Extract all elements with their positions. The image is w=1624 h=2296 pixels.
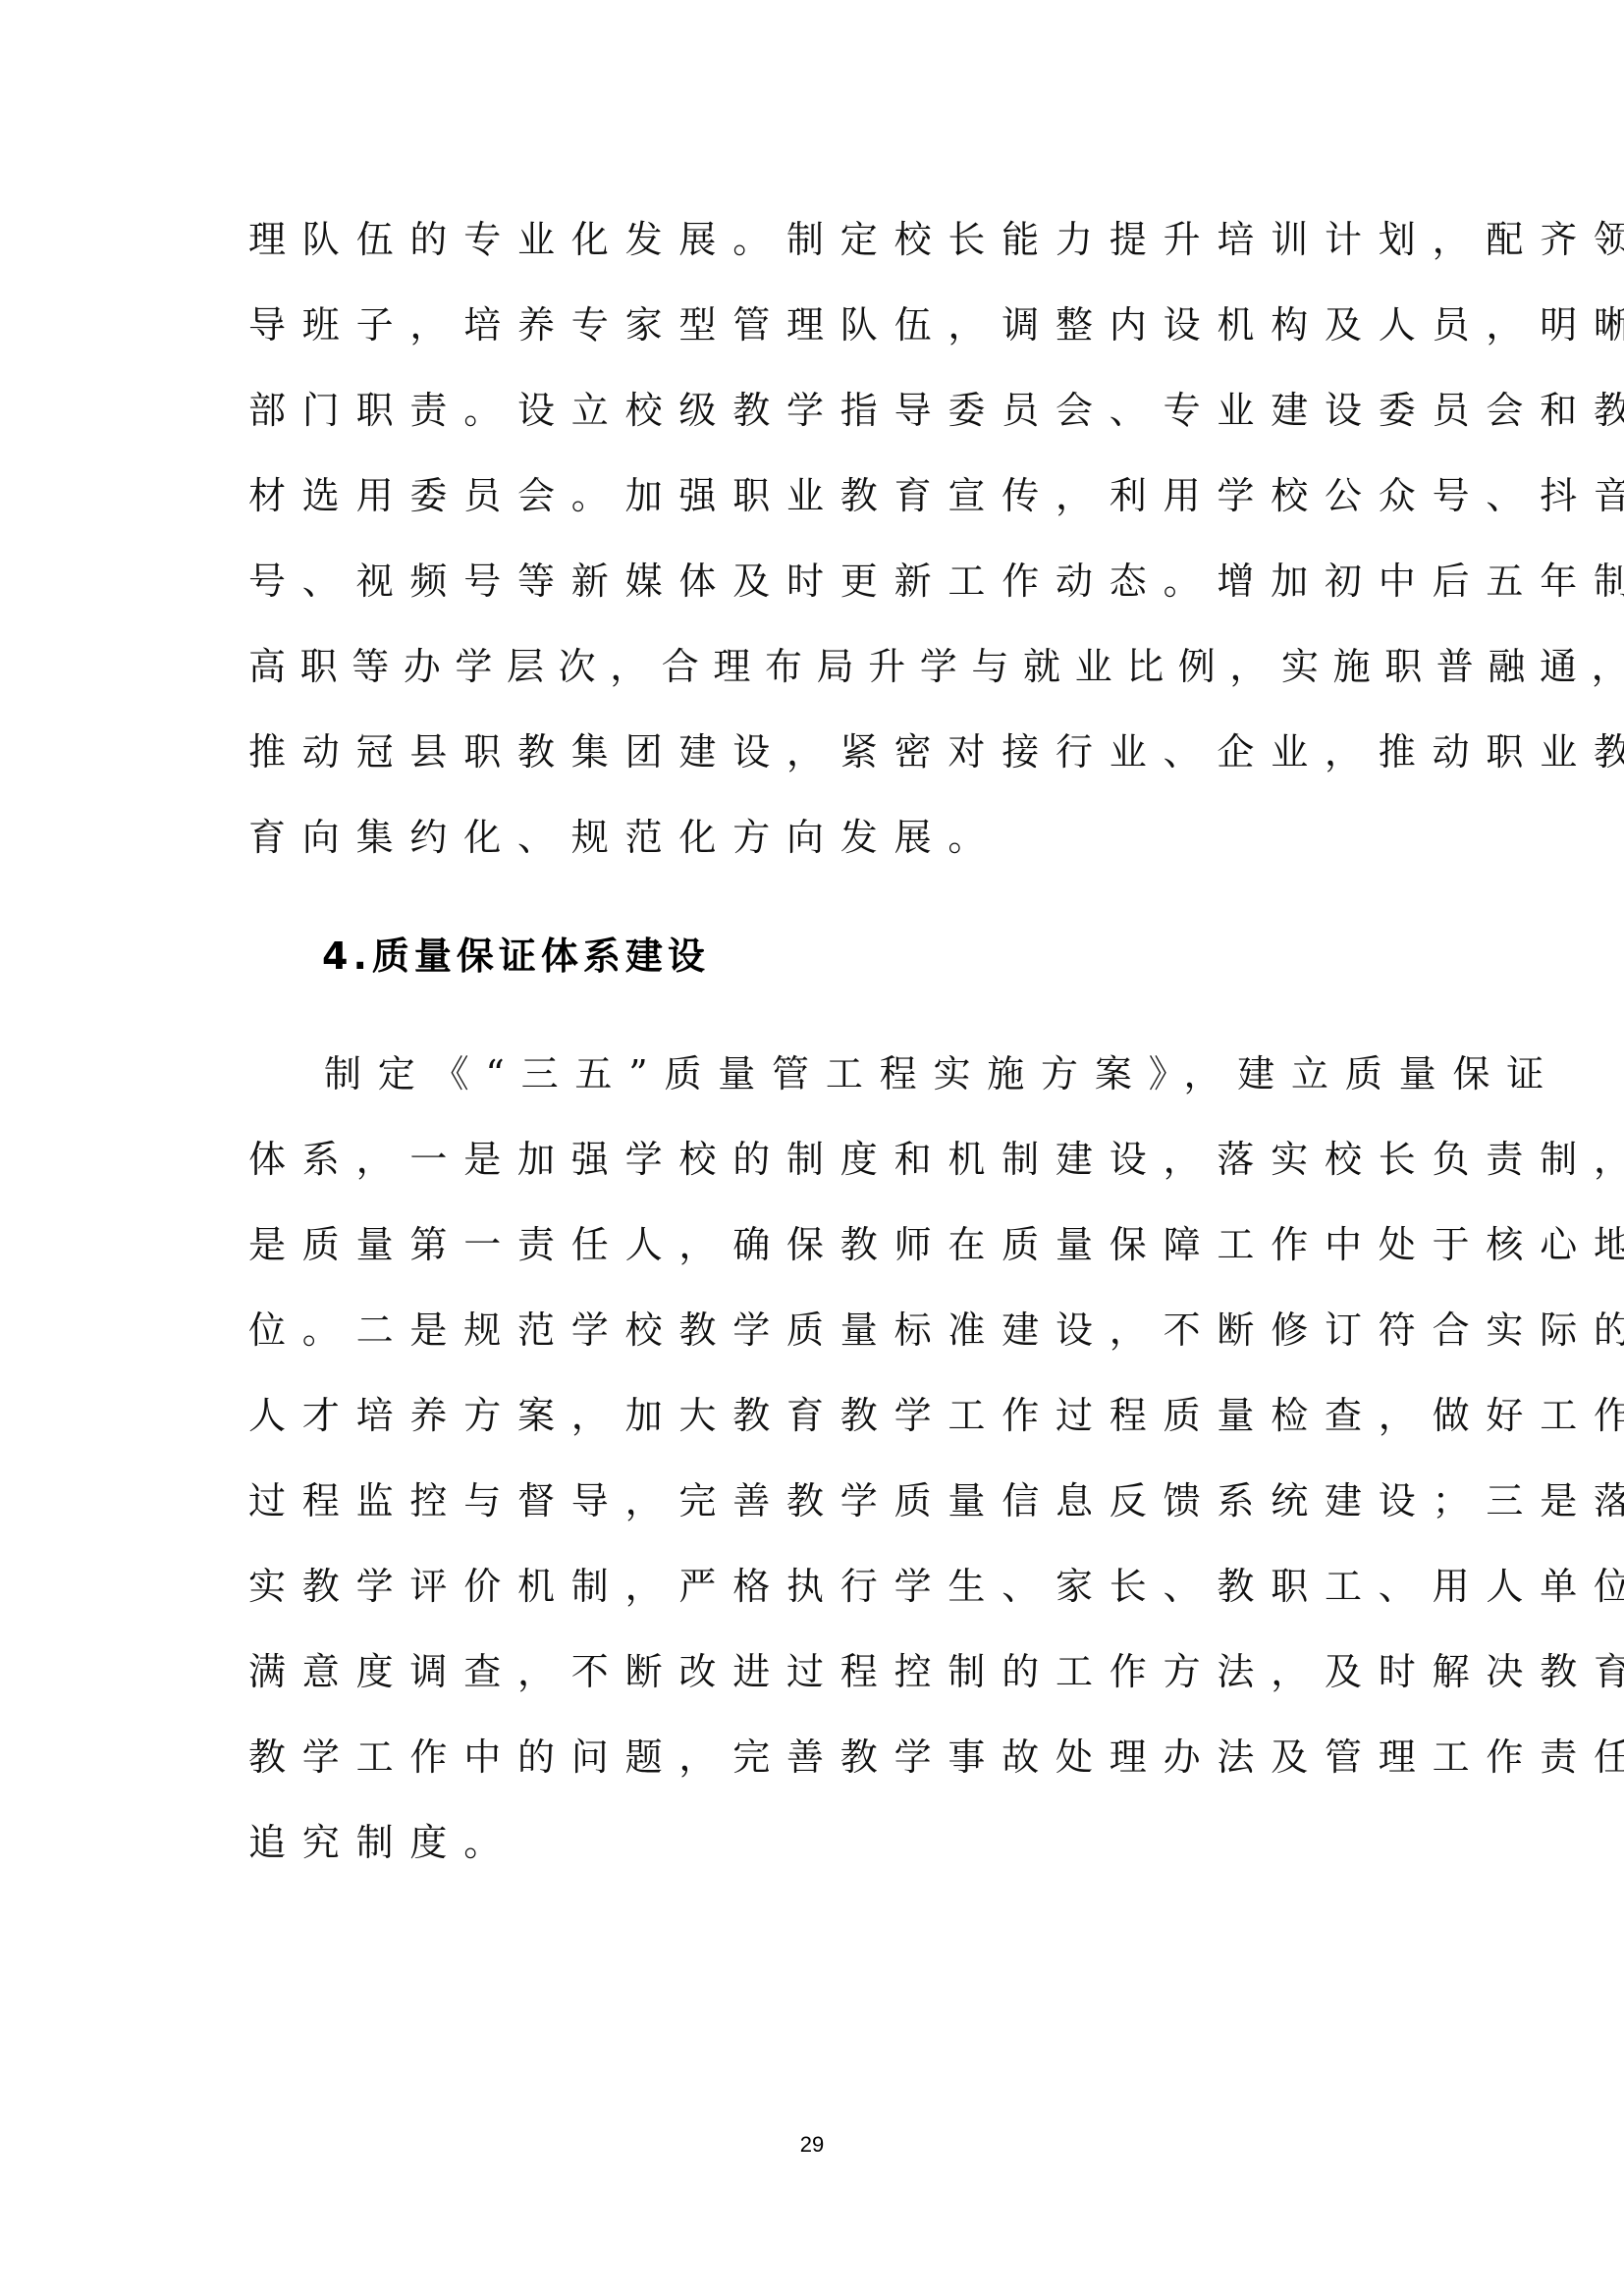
paragraph-line: 过程监控与督导，完善教学质量信息反馈系统建设；三是落: [248, 1479, 1387, 1522]
paragraph-line: 高职等办学层次，合理布局升学与就业比例，实施职普融通，: [248, 645, 1387, 688]
section-heading: 4.质量保证体系建设: [322, 933, 710, 980]
paragraph-line: 是质量第一责任人，确保教师在质量保障工作中处于核心地: [248, 1223, 1387, 1266]
paragraph-line: 教学工作中的问题，完善教学事故处理办法及管理工作责任: [248, 1735, 1387, 1779]
paragraph-line: 号、视频号等新媒体及时更新工作动态。增加初中后五年制: [248, 560, 1387, 603]
paragraph-line: 满意度调查，不断改进过程控制的工作方法，及时解决教育: [248, 1650, 1387, 1693]
paragraph-line: 位。二是规范学校教学质量标准建设，不断修订符合实际的: [248, 1308, 1387, 1352]
paragraph-line: 推动冠县职教集团建设，紧密对接行业、企业，推动职业教: [248, 730, 1387, 774]
paragraph-line: 体系，一是加强学校的制度和机制建设，落实校长负责制，: [248, 1138, 1387, 1181]
paragraph-line: 制定《“三五”质量管工程实施方案》，建立质量保证: [324, 1052, 1463, 1095]
paragraph-line: 部门职责。设立校级教学指导委员会、专业建设委员会和教: [248, 389, 1387, 432]
paragraph-line: 理队伍的专业化发展。制定校长能力提升培训计划，配齐领: [248, 218, 1387, 261]
page-number: 29: [0, 2132, 1624, 2158]
paragraph-line: 育向集约化、规范化方向发展。: [248, 816, 1387, 859]
paragraph-line: 导班子，培养专家型管理队伍，调整内设机构及人员，明晰: [248, 303, 1387, 347]
paragraph-line: 人才培养方案，加大教育教学工作过程质量检查，做好工作: [248, 1394, 1387, 1437]
paragraph-line: 实教学评价机制，严格执行学生、家长、教职工、用人单位: [248, 1565, 1387, 1608]
document-page: 理队伍的专业化发展。制定校长能力提升培训计划，配齐领 导班子，培养专家型管理队伍…: [0, 0, 1624, 2296]
paragraph-line: 追究制度。: [248, 1821, 1387, 1864]
paragraph-line: 材选用委员会。加强职业教育宣传，利用学校公众号、抖音: [248, 474, 1387, 517]
